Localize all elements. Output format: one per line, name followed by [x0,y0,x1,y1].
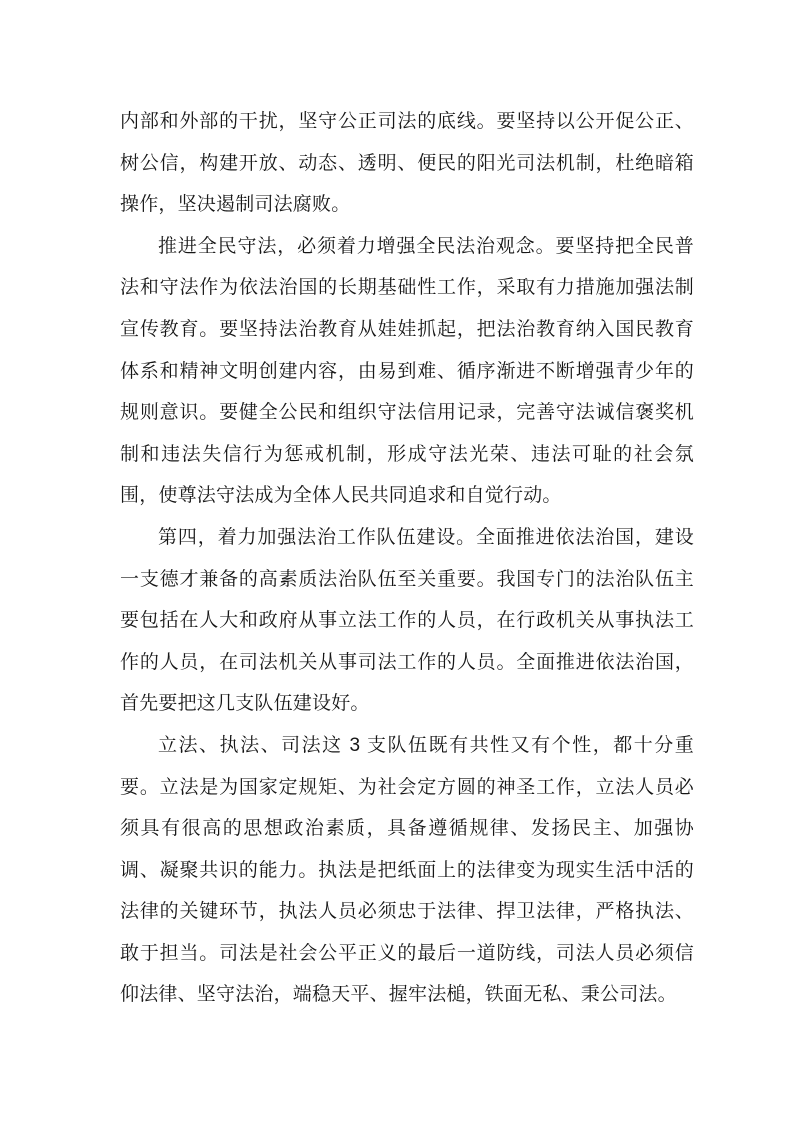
text-line: 须具有很高的思想政治素质，具备遵循规律、发扬民主、加强协 [120,808,694,850]
text-line: 一支德才兼备的高素质法治队伍至关重要。我国专门的法治队伍主 [120,559,694,601]
text-line: 首先要把这几支队伍建设好。 [120,683,694,725]
text-line: 规则意识。要健全公民和组织守法信用记录，完善守法诚信褒奖机 [120,392,694,434]
text-line: 仰法律、坚守法治，端稳天平、握牢法槌，铁面无私、秉公司法。 [120,974,694,1016]
text-line: 要包括在人大和政府从事立法工作的人员，在行政机关从事执法工 [120,600,694,642]
document-text-block: 内部和外部的干扰，坚守公正司法的底线。要坚持以公开促公正、树公信，构建开放、动态… [120,101,694,1016]
text-line: 作的人员，在司法机关从事司法工作的人员。全面推进依法治国， [120,642,694,684]
paragraph: 第四，着力加强法治工作队伍建设。全面推进依法治国，建设一支德才兼备的高素质法治队… [120,517,694,725]
text-line: 操作，坚决遏制司法腐败。 [120,184,694,226]
text-line: 推进全民守法，必须着力增强全民法治观念。要坚持把全民普 [120,226,694,268]
paragraph: 立法、执法、司法这 3 支队伍既有共性又有个性，都十分重要。立法是为国家定规矩、… [120,725,694,1016]
text-line: 宣传教育。要坚持法治教育从娃娃抓起，把法治教育纳入国民教育 [120,309,694,351]
paragraph: 内部和外部的干扰，坚守公正司法的底线。要坚持以公开促公正、树公信，构建开放、动态… [120,101,694,226]
text-line: 制和违法失信行为惩戒机制，形成守法光荣、违法可耻的社会氛 [120,434,694,476]
text-line: 体系和精神文明创建内容，由易到难、循序渐进不断增强青少年的 [120,351,694,393]
text-line: 树公信，构建开放、动态、透明、便民的阳光司法机制，杜绝暗箱 [120,143,694,185]
text-line: 法和守法作为依法治国的长期基础性工作，采取有力措施加强法制 [120,267,694,309]
document-page: 内部和外部的干扰，坚守公正司法的底线。要坚持以公开促公正、树公信，构建开放、动态… [0,0,800,1130]
text-line: 围，使尊法守法成为全体人民共同追求和自觉行动。 [120,475,694,517]
text-line: 内部和外部的干扰，坚守公正司法的底线。要坚持以公开促公正、 [120,101,694,143]
text-line: 调、凝聚共识的能力。执法是把纸面上的法律变为现实生活中活的 [120,850,694,892]
text-line: 敢于担当。司法是社会公平正义的最后一道防线，司法人员必须信 [120,933,694,975]
text-line: 要。立法是为国家定规矩、为社会定方圆的神圣工作，立法人员必 [120,767,694,809]
paragraph: 推进全民守法，必须着力增强全民法治观念。要坚持把全民普法和守法作为依法治国的长期… [120,226,694,517]
text-line: 第四，着力加强法治工作队伍建设。全面推进依法治国，建设 [120,517,694,559]
text-line: 立法、执法、司法这 3 支队伍既有共性又有个性，都十分重 [120,725,694,767]
text-line: 法律的关键环节，执法人员必须忠于法律、捍卫法律，严格执法、 [120,891,694,933]
